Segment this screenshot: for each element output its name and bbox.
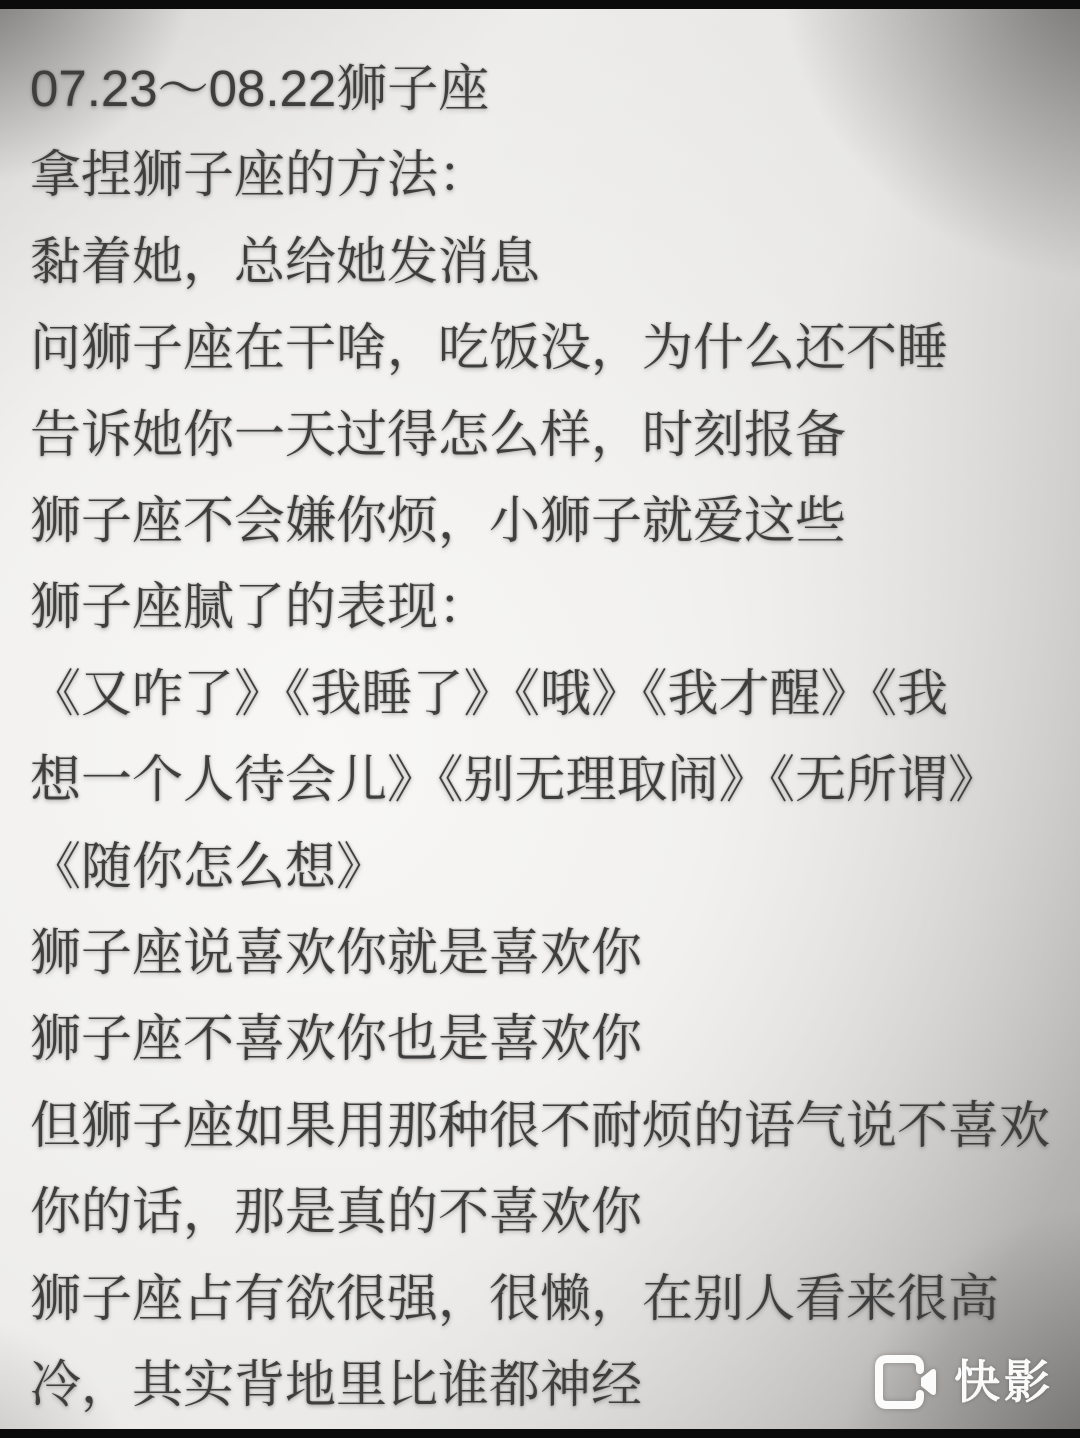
text-line: 《随你怎么想》 <box>30 824 1070 910</box>
video-camera-icon <box>874 1354 940 1410</box>
kuaiying-watermark: 快影 <box>874 1354 1054 1410</box>
text-line: 狮子座不喜欢你也是喜欢你 <box>30 996 1070 1082</box>
text-line: 想一个人待会儿》《别无理取闹》《无所谓》 <box>30 737 1070 823</box>
text-line: 狮子座说喜欢你就是喜欢你 <box>30 910 1070 996</box>
text-line: 问狮子座在干啥，吃饭没，为什么还不睡 <box>30 305 1070 391</box>
text-line: 狮子座腻了的表现： <box>30 564 1070 650</box>
bottom-letterbox-bar <box>0 1429 1080 1438</box>
text-line: 但狮子座如果用那种很不耐烦的语气说不喜欢 <box>30 1083 1070 1169</box>
text-line: 拿捏狮子座的方法： <box>30 132 1070 218</box>
caption-text-block: 07.23～08.22狮子座 拿捏狮子座的方法： 黏着她，总给她发消息 问狮子座… <box>30 46 1070 1429</box>
text-line: 《又咋了》《我睡了》《哦》《我才醒》《我 <box>30 651 1070 737</box>
text-line: 黏着她，总给她发消息 <box>30 219 1070 305</box>
text-line: 你的话，那是真的不喜欢你 <box>30 1169 1070 1255</box>
text-line: 狮子座不会嫌你烦，小狮子就爱这些 <box>30 478 1070 564</box>
text-line: 告诉她你一天过得怎么样，时刻报备 <box>30 392 1070 478</box>
text-line: 狮子座占有欲很强，很懒，在别人看来很高 <box>30 1256 1070 1342</box>
video-frame: 07.23～08.22狮子座 拿捏狮子座的方法： 黏着她，总给她发消息 问狮子座… <box>0 0 1080 1438</box>
watermark-label: 快影 <box>954 1359 1054 1405</box>
text-line-date-sign: 07.23～08.22狮子座 <box>30 46 1070 132</box>
top-letterbox-bar <box>0 0 1080 9</box>
